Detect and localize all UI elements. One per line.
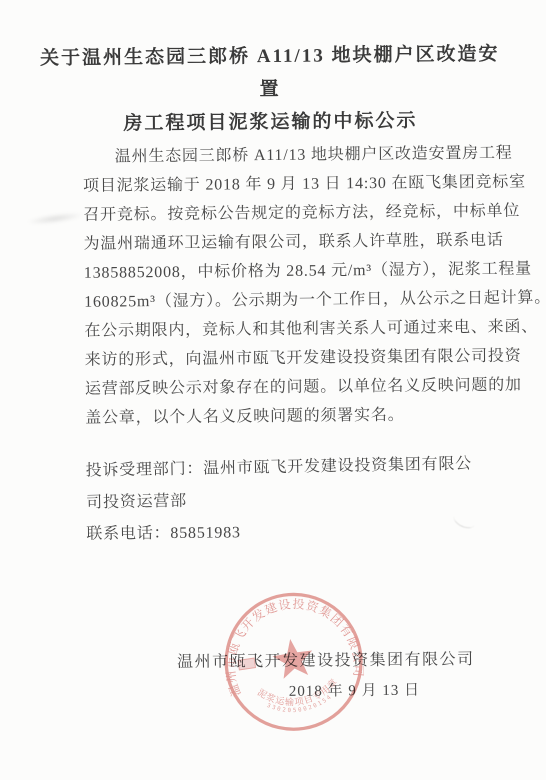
title-line-1: 关于温州生态园三郎桥 A11/13 地块棚户区改造安置 bbox=[37, 38, 504, 108]
title-line-2: 房工程项目泥浆运输的中标公示 bbox=[37, 104, 503, 141]
document-title: 关于温州生态园三郎桥 A11/13 地块棚户区改造安置 房工程项目泥浆运输的中标… bbox=[37, 38, 504, 141]
body-line: 项目泥浆运输于 2018 年 9 月 13 日 14:30 在瓯飞集团竞标室 bbox=[83, 168, 483, 201]
scan-smudge bbox=[452, 510, 477, 531]
scan-smudge bbox=[26, 210, 85, 227]
body-line: 13858852008，中标价格为 28.54 元/m³（湿方），泥浆工程量 bbox=[84, 255, 484, 288]
body-line: 在公示期限内，竞标人和其他利害关系人可通过来电、来函、 bbox=[84, 313, 484, 346]
seal-star-icon bbox=[270, 636, 315, 680]
scanned-document-page: 关于温州生态园三郎桥 A11/13 地块棚户区改造安置 房工程项目泥浆运输的中标… bbox=[0, 0, 546, 780]
body-line: 来访的形式，向温州市瓯飞开发建设投资集团有限公司投资 bbox=[85, 342, 485, 375]
complaint-department: 投诉受理部门：温州市瓯飞开发建设投资集团有限公司投资运营部 bbox=[85, 448, 486, 519]
company-seal-stamp: 温州市瓯飞开发建设投资集团有限公司 泥浆运输项目专用章 330205002015… bbox=[216, 584, 371, 739]
body-line: 为温州瑞通环卫运输有限公司，联系人许草胜，联系电话 bbox=[83, 226, 483, 259]
body-line: 温州生态园三郎桥 A11/13 地块棚户区改造安置房工程 bbox=[83, 139, 483, 172]
contact-phone: 联系电话：85851983 bbox=[86, 518, 241, 548]
body-line: 召开竞标。按竞标公告规定的竞标方法，经竞标，中标单位 bbox=[83, 197, 483, 230]
seal-graphic: 温州市瓯飞开发建设投资集团有限公司 泥浆运输项目专用章 330205002015… bbox=[216, 584, 371, 739]
body-line: 运营部反映公示对象存在的问题。以单位名义反映问题的加 bbox=[85, 371, 485, 404]
body-line: 160825m³（湿方）。公示期为一个工作日，从公示之日起计算。 bbox=[84, 284, 484, 317]
seal-code-box bbox=[238, 658, 256, 670]
body-line: 盖公章，以个人名义反映问题的须署实名。 bbox=[85, 400, 485, 433]
body-paragraph: 温州生态园三郎桥 A11/13 地块棚户区改造安置房工程 项目泥浆运输于 201… bbox=[83, 139, 486, 433]
document-content: 关于温州生态园三郎桥 A11/13 地块棚户区改造安置 房工程项目泥浆运输的中标… bbox=[0, 0, 546, 780]
